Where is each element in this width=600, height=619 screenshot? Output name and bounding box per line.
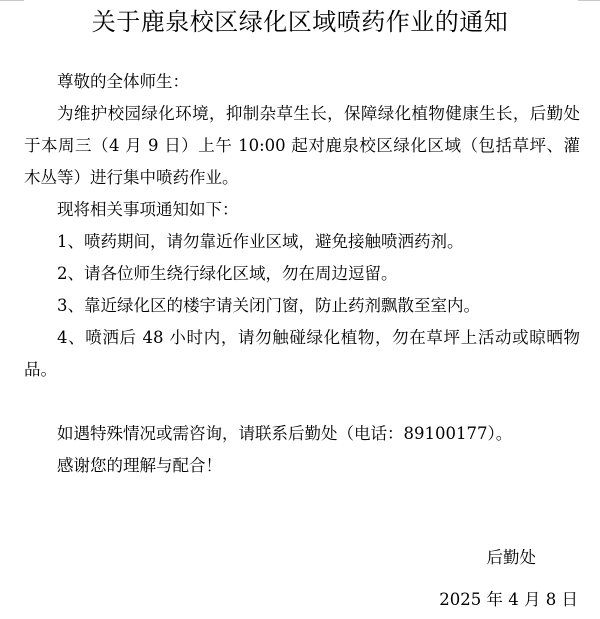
- salutation: 尊敬的全体师生：: [24, 66, 580, 98]
- notice-title: 关于鹿泉校区绿化区域喷药作业的通知: [0, 6, 600, 38]
- issue-date: 2025 年 4 月 8 日: [439, 584, 578, 616]
- page-edge-mark-left: [0, 0, 24, 1]
- list-item-2: 2、请各位师生绕行绿化区域，勿在周边逗留。: [24, 258, 580, 290]
- contact-paragraph: 如遇特殊情况或需咨询，请联系后勤处（电话：89100177）。: [24, 418, 580, 450]
- signature: 后勤处: [487, 542, 537, 574]
- lead-in: 现将相关事项通知如下：: [24, 194, 580, 226]
- list-item-1: 1、喷药期间，请勿靠近作业区域，避免接触喷洒药剂。: [24, 226, 580, 258]
- page-edge-mark-right: [578, 0, 600, 1]
- list-item-4: 4、喷洒后 48 小时内，请勿触碰绿化植物，勿在草坪上活动或晾晒物品。: [24, 322, 580, 386]
- list-item-3: 3、靠近绿化区的楼宇请关闭门窗，防止药剂飘散至室内。: [24, 290, 580, 322]
- thanks-paragraph: 感谢您的理解与配合！: [24, 450, 580, 482]
- notice-body: 尊敬的全体师生： 为维护校园绿化环境，抑制杂草生长，保障绿化植物健康生长，后勤处…: [24, 66, 580, 482]
- blank-line: [24, 386, 580, 418]
- intro-paragraph: 为维护校园绿化环境，抑制杂草生长，保障绿化植物健康生长，后勤处于本周三（4 月 …: [24, 98, 580, 194]
